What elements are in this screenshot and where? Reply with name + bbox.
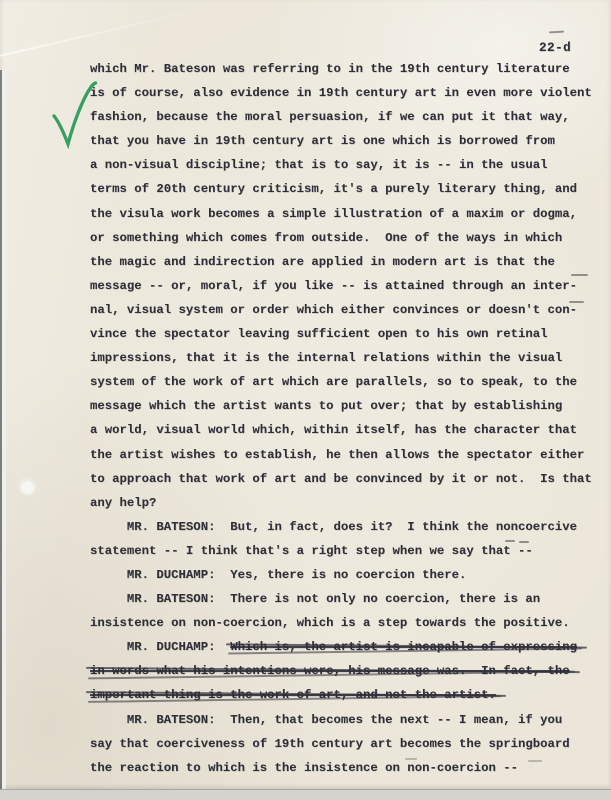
document-line: a world, visual world which, within itse…	[90, 418, 605, 442]
typed-text: MR. DUCHAMP:	[90, 640, 230, 654]
document-line: message -- or, moral, if you like -- is …	[90, 274, 605, 298]
typed-text: terms of 20th century criticism, it's a …	[90, 182, 577, 196]
typed-text: MR. BATESON: There is not only no coerci…	[90, 592, 540, 606]
struck-text: Which is, the artist is incapable of exp…	[230, 635, 577, 659]
document-line: insistence on non-coercion, which is a s…	[90, 611, 605, 635]
document-line: is of course, also evidence in 19th cent…	[90, 81, 605, 105]
typed-text: is of course, also evidence in 19th cent…	[90, 86, 592, 100]
typed-text: MR. DUCHAMP: Yes, there is no coercion t…	[90, 568, 466, 582]
document-line: a non-visual discipline; that is to say,…	[90, 153, 605, 177]
typed-text: nal, visual system or order which either…	[90, 303, 577, 317]
green-checkmark-icon	[50, 80, 102, 158]
typed-text: or something which comes from outside. O…	[90, 231, 562, 245]
document-line: or something which comes from outside. O…	[90, 226, 605, 250]
typed-text: a non-visual discipline; that is to say,…	[90, 158, 548, 172]
document-line: any help?	[90, 491, 605, 515]
page-left-edge-highlight	[2, 70, 6, 789]
typed-text: which Mr. Bateson was referring to in th…	[90, 62, 570, 76]
typed-text: vince the spectator leaving sufficient o…	[90, 327, 548, 341]
typed-text: that you have in 19th century art is one…	[90, 134, 555, 148]
punch-hole	[20, 479, 35, 494]
typed-text: say that coerciveness of 19th century ar…	[90, 737, 570, 751]
struck-text: important thing is the work of art, and …	[90, 683, 496, 707]
document-line: say that coerciveness of 19th century ar…	[90, 732, 605, 756]
typed-text: the artist wishes to establish, he then …	[90, 448, 584, 462]
typed-text: MR. BATESON: But, in fact, does it? I th…	[90, 520, 577, 534]
paper-crease	[0, 7, 207, 63]
page-number: 22-d	[539, 41, 571, 55]
document-line: the artist wishes to establish, he then …	[90, 443, 605, 467]
typed-text: system of the work of art which are para…	[90, 375, 577, 389]
document-line: system of the work of art which are para…	[90, 370, 605, 394]
document-line: MR. DUCHAMP: Which is, the artist is inc…	[90, 635, 605, 659]
struck-text: in words what his intentions were, his m…	[90, 659, 570, 683]
pencil-dash	[571, 274, 588, 276]
document-line: to approach that work of art and be conv…	[90, 467, 605, 491]
scanned-transcript-page: 22-d which Mr. Bateson was referring to …	[0, 0, 611, 800]
typed-text: fashion, because the moral persuasion, i…	[90, 110, 570, 124]
document-line: important thing is the work of art, and …	[90, 683, 605, 707]
document-line: MR. BATESON: There is not only no coerci…	[90, 587, 605, 611]
document-line: terms of 20th century criticism, it's a …	[90, 177, 605, 201]
document-line: impressions, that it is the internal rel…	[90, 346, 605, 370]
typed-text: the magic and indirection are applied in…	[90, 255, 555, 269]
typed-text: message which the artist wants to put ov…	[90, 399, 562, 413]
typed-text: MR. BATESON: Then, that becomes the next…	[90, 713, 562, 727]
document-line: vince the spectator leaving sufficient o…	[90, 322, 605, 346]
typed-text: impressions, that it is the internal rel…	[90, 351, 562, 365]
typed-text: insistence on non-coercion, which is a s…	[90, 616, 570, 630]
typed-text: to approach that work of art and be conv…	[90, 472, 592, 486]
document-line: message which the artist wants to put ov…	[90, 394, 605, 418]
document-line: MR. BATESON: Then, that becomes the next…	[90, 708, 605, 732]
document-line: nal, visual system or order which either…	[90, 298, 605, 322]
pencil-dash	[569, 301, 584, 303]
checkmark-stroke	[54, 83, 96, 144]
document-line: in words what his intentions were, his m…	[90, 659, 605, 683]
document-line: the magic and indirection are applied in…	[90, 250, 605, 274]
document-line: fashion, because the moral persuasion, i…	[90, 105, 605, 129]
typed-text: the visula work becomes a simple illustr…	[90, 207, 577, 221]
typed-text: statement -- I think that's a right step…	[90, 544, 533, 558]
document-lines: which Mr. Bateson was referring to in th…	[90, 57, 605, 780]
typed-text: any help?	[90, 496, 156, 510]
typed-text: message -- or, moral, if you like -- is …	[90, 279, 577, 293]
document-line: the visula work becomes a simple illustr…	[90, 202, 605, 226]
pencil-dash	[505, 540, 515, 542]
pencil-dash	[519, 541, 529, 543]
typed-text: a world, visual world which, within itse…	[90, 423, 577, 437]
page-bottom-edge	[0, 789, 611, 800]
document-line: MR. BATESON: But, in fact, does it? I th…	[90, 515, 605, 539]
pencil-dash	[528, 760, 542, 762]
document-line: MR. DUCHAMP: Yes, there is no coercion t…	[90, 563, 605, 587]
typed-text: the reaction to which is the insistence …	[90, 761, 518, 775]
document-line: which Mr. Bateson was referring to in th…	[90, 57, 605, 81]
document-line: that you have in 19th century art is one…	[90, 129, 605, 153]
pencil-dash	[405, 758, 417, 760]
